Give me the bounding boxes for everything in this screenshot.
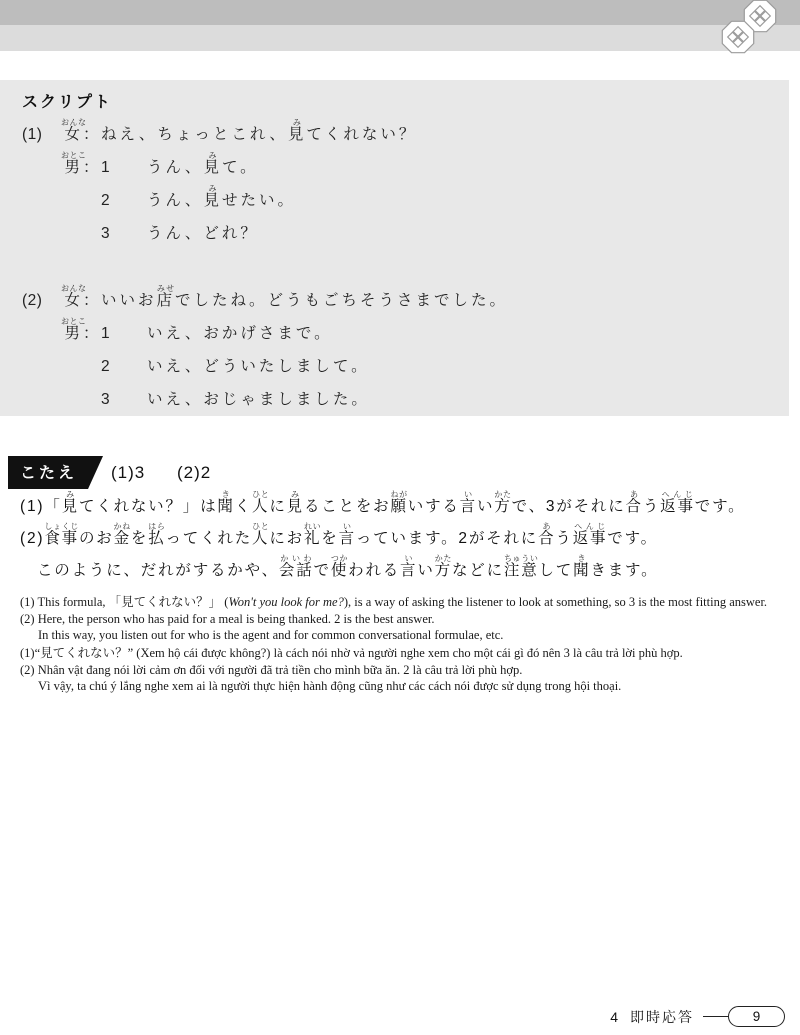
ruby-annotated-text: 返事へんじ <box>660 498 695 515</box>
top-band-light <box>0 25 800 51</box>
explanation-english: (1) This formula, 「見てくれない？」 (Won't you l… <box>20 594 790 644</box>
script-row: (2)女おんな：いいお店みせでしたね。どうもごちそうさまでした。 <box>22 284 789 317</box>
ruby-annotated-text: 見み <box>203 192 222 209</box>
answer-value-2: (2)2 <box>177 463 211 482</box>
ruby-annotated-text: 男おとこ <box>61 159 83 176</box>
line-text: いえ、おじゃましました。 <box>147 391 370 408</box>
dialogue-text: 3いえ、おじゃましました。 <box>101 383 370 416</box>
explanation-line: (2) Here, the person who has paid for a … <box>20 611 790 628</box>
ruby-annotated-text: 男おとこ <box>61 325 83 342</box>
ruby-annotated-text: 人ひと <box>252 530 269 547</box>
ruby-annotated-text: 店みせ <box>157 292 176 309</box>
line-text: いえ、どういたしまして。 <box>147 358 370 375</box>
script-row: 3いえ、おじゃましました。 <box>22 383 789 416</box>
explanation-line: このように、だれがするかや、会話かいわで使つかわれる言いい方かたなどに注意ちゅう… <box>20 554 792 586</box>
footer-connector-line <box>703 1016 728 1017</box>
dialogue-text: 3うん、どれ？ <box>101 217 259 250</box>
octagon-pattern-svg <box>712 0 800 58</box>
script-title: スクリプト <box>22 92 789 114</box>
ruby-annotated-text: 見み <box>288 126 307 143</box>
speaker-label: 女おんな： <box>61 118 101 151</box>
ruby-annotated-text: 人ひと <box>252 498 269 515</box>
dialogue-text: 2いえ、どういたしまして。 <box>101 350 370 383</box>
explanation-line: (1)“見てくれない？” (Xem hộ cái được không?) là… <box>20 645 790 662</box>
speaker-label: 女おんな： <box>61 284 101 317</box>
dialogue-text: いいお店みせでしたね。どうもごちそうさまでした。 <box>101 284 508 317</box>
script-row: 2うん、見みせたい。 <box>22 184 789 217</box>
choice-number: 1 <box>101 317 147 350</box>
ruby-annotated-text: 返事へんじ <box>573 530 608 547</box>
speaker-label: 男おとこ： <box>61 151 101 184</box>
explanation-line: In this way, you listen out for who is t… <box>20 627 790 644</box>
choice-number: 3 <box>101 217 147 250</box>
script-row: 男おとこ：1いえ、おかげさまで。 <box>22 317 789 350</box>
ruby-annotated-text: 食事しょくじ <box>44 530 79 547</box>
item-number: (2) <box>22 284 61 317</box>
section-number: 4 <box>610 1009 618 1025</box>
script-item: (2)女おんな：いいお店みせでしたね。どうもごちそうさまでした。男おとこ：1いえ… <box>22 284 789 416</box>
script-row: 男おとこ：1うん、見みて。 <box>22 151 789 184</box>
ruby-annotated-text: 見み <box>203 159 222 176</box>
choice-number: 2 <box>101 350 147 383</box>
script-row: (1)女おんな：ねえ、ちょっとこれ、見みてくれない？ <box>22 118 789 151</box>
ruby-annotated-text: 方かた <box>494 498 511 515</box>
explanation-line: (2)食事しょくじのお金かねを払はらってくれた人ひとにお礼れいを言いっています。… <box>20 522 792 554</box>
ruby-annotated-text: 言い <box>400 562 417 579</box>
ruby-annotated-text: 言い <box>339 530 356 547</box>
line-text: いえ、おかげさまで。 <box>147 325 333 342</box>
ruby-annotated-text: 合あ <box>626 498 643 515</box>
section-title: 即時応答 <box>630 1007 694 1027</box>
ruby-annotated-text: 方かた <box>435 562 452 579</box>
top-band-dark <box>0 0 800 25</box>
dialogue-text: ねえ、ちょっとこれ、見みてくれない？ <box>101 118 417 151</box>
line-text: ねえ、ちょっとこれ、見みてくれない？ <box>101 126 417 143</box>
explanation-line: Vì vậy, ta chú ý lắng nghe xem ai là ngư… <box>20 678 790 695</box>
italic-text: Won't you look for me? <box>228 595 343 609</box>
answer-values: (1)3 (2)2 <box>111 463 211 483</box>
ruby-annotated-text: 聞き <box>573 562 590 579</box>
ruby-annotated-text: 見み <box>62 498 79 515</box>
line-text: うん、どれ？ <box>147 225 259 242</box>
ruby-annotated-text: 女おんな <box>61 126 83 143</box>
explanation-line: (1)「見みてくれない？」は聞きく人ひとに見みることをお願ねがいする言いい方かた… <box>20 490 792 522</box>
line-text: いいお店みせでしたね。どうもごちそうさまでした。 <box>101 292 508 309</box>
ruby-annotated-text: 払はら <box>148 530 165 547</box>
explanation-line: (2) Nhân vật đang nói lời cảm ơn đối với… <box>20 662 790 679</box>
dialogue-text: 1うん、見みて。 <box>101 151 259 184</box>
ruby-annotated-text: 注意ちゅうい <box>504 562 539 579</box>
dialogue-text: 1いえ、おかげさまで。 <box>101 317 333 350</box>
speaker-label: 男おとこ： <box>61 317 101 350</box>
answer-head: こたえ (1)3 (2)2 <box>8 456 211 489</box>
explanation-line: (1) This formula, 「見てくれない？」 (Won't you l… <box>20 594 790 611</box>
ruby-annotated-text: 会話かいわ <box>279 562 314 579</box>
ruby-annotated-text: 礼れい <box>304 530 321 547</box>
script-row: 3うん、どれ？ <box>22 217 789 250</box>
page-number-badge: 9 <box>728 1006 785 1027</box>
ruby-annotated-text: 女おんな <box>61 292 83 309</box>
ruby-annotated-text: 使つか <box>331 562 348 579</box>
ruby-annotated-text: 聞き <box>217 498 234 515</box>
ruby-annotated-text: 見み <box>287 498 304 515</box>
explanation-vietnamese: (1)“見てくれない？” (Xem hộ cái được không?) là… <box>20 645 790 695</box>
answer-value-1: (1)3 <box>111 463 145 482</box>
ruby-annotated-text: 合あ <box>538 530 555 547</box>
dialogue-text: 2うん、見みせたい。 <box>101 184 296 217</box>
script-items: (1)女おんな：ねえ、ちょっとこれ、見みてくれない？男おとこ：1うん、見みて。2… <box>22 118 789 416</box>
explanation-japanese: (1)「見みてくれない？」は聞きく人ひとに見みることをお願ねがいする言いい方かた… <box>20 490 792 586</box>
interlocked-octagons-icon <box>712 0 800 58</box>
line-text: うん、見みて。 <box>147 159 259 176</box>
ruby-annotated-text: 金かね <box>114 530 131 547</box>
choice-number: 3 <box>101 383 147 416</box>
page-footer: 4 即時応答 9 <box>610 1006 785 1027</box>
item-number: (1) <box>22 118 61 151</box>
choice-number: 1 <box>101 151 147 184</box>
line-text: うん、見みせたい。 <box>147 192 296 209</box>
choice-number: 2 <box>101 184 147 217</box>
script-box: スクリプト (1)女おんな：ねえ、ちょっとこれ、見みてくれない？男おとこ：1うん… <box>0 80 789 416</box>
answer-label: こたえ <box>8 456 103 489</box>
script-item: (1)女おんな：ねえ、ちょっとこれ、見みてくれない？男おとこ：1うん、見みて。2… <box>22 118 789 250</box>
ruby-annotated-text: 言い <box>460 498 477 515</box>
script-row: 2いえ、どういたしまして。 <box>22 350 789 383</box>
ruby-annotated-text: 願ねが <box>390 498 407 515</box>
